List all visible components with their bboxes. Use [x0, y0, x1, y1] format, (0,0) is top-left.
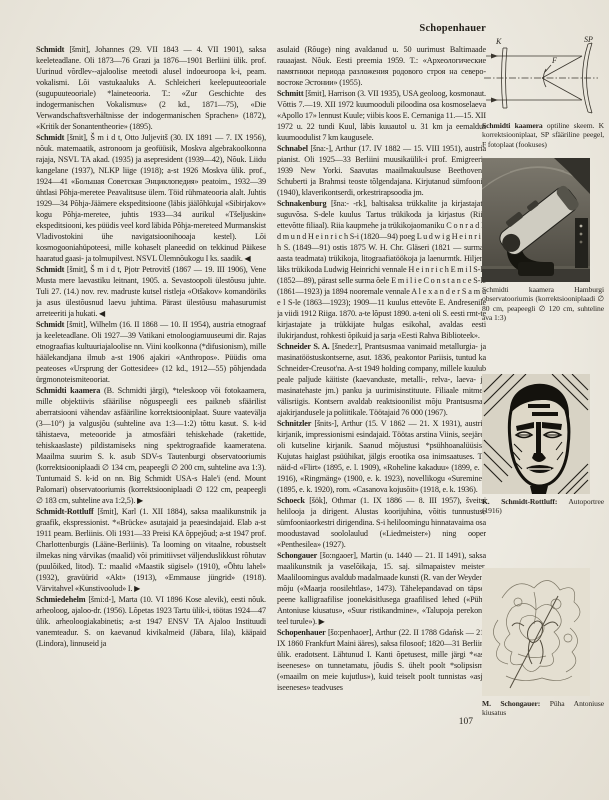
- entry-schneider-sa: Schneider S. A. [šnede:r], Prantsusmaa v…: [277, 341, 486, 418]
- headword: Schnitzler: [277, 419, 311, 428]
- woodcut-selfportrait: [482, 374, 590, 494]
- headword: Schmidt: [36, 133, 64, 142]
- entry-text: [šmit], Š m i d t, Pjotr Petrovitš (1867…: [36, 265, 266, 318]
- entry-schmiedehelm: Schmiedehelm [šmi:d-], Marta (10. VI 189…: [36, 594, 266, 649]
- entry-schmidti-kaamera: Schmidti kaamera (B. Schmidti järgi), *t…: [36, 385, 266, 506]
- figure-caption: Schmidti kaamera Hamburgi observatoorium…: [482, 285, 604, 323]
- page-number: 107: [277, 717, 473, 727]
- entry-schnakenburg: Schnakenburg [šna:- -rk], baltisaksa trü…: [277, 198, 486, 341]
- entry-schmidt-pjotr: Schmidt [šmit], Š m i d t, Pjotr Petrovi…: [36, 264, 266, 319]
- diagram-label-f: F: [551, 56, 557, 65]
- entry-schopenhauer: Schopenhauer [šo:penhaoer], Arthur (22. …: [277, 627, 486, 693]
- headword: Schnabel: [277, 144, 308, 153]
- entry-text: [šnede:r], Prantsusmaa vanimaid metallur…: [277, 342, 486, 417]
- headword: Schmidt: [36, 45, 64, 54]
- entry-text: [šo:ngaoer], Martin (u. 1440 — 21. II 14…: [277, 551, 486, 626]
- entry-schmidt-otto: Schmidt [šmit], Š m i d t, Otto Juljevit…: [36, 132, 266, 264]
- headword: Schongauer: [277, 551, 317, 560]
- headword: Schnakenburg: [277, 199, 327, 208]
- entry-text: [šök], Othmar (1. IX 1886 — 8. III 1957)…: [277, 496, 486, 549]
- entry-schmiedehelm-continued: asulaid (Rõuge) ning avaldanud u. 50 uur…: [277, 44, 486, 88]
- figure-schmidt-rottluff-selfportrait: K. Schmidt-Rottluff: Autoportree (1916): [482, 374, 604, 516]
- entry-text: [šna:- -rk], baltisaksa trükkalite ja ki…: [277, 199, 486, 340]
- headword: Schopenhauer: [277, 628, 326, 637]
- entry-schnitzler: Schnitzler [šnits-], Arthur (15. V 1862 …: [277, 418, 486, 495]
- figure-schmidt-camera-diagram: K SP F Schmidti kaamera optiline skeem. …: [482, 34, 604, 149]
- engraving-temptation: [482, 568, 590, 696]
- entry-text: [šmit], Johannes (29. VII 1843 — 4. VII …: [36, 45, 266, 131]
- headword: Schoeck: [277, 496, 305, 505]
- text-column-left: Schmidt [šmit], Johannes (29. VII 1843 —…: [36, 44, 266, 758]
- headword: Schmidti kaamera: [36, 386, 100, 395]
- figure-caption: K. Schmidt-Rottluff: Autoportree (1916): [482, 497, 604, 516]
- entry-schnabel: Schnabel [šna:-], Arthur (17. IV 1882 — …: [277, 143, 486, 198]
- figure-schmidt-camera-photo: Schmidti kaamera Hamburgi observatoorium…: [482, 158, 604, 323]
- encyclopedia-page: Schopenhauer Schmidt [šmit], Johannes (2…: [0, 0, 609, 800]
- headword: Schneider S. A.: [277, 342, 330, 351]
- entry-schongauer: Schongauer [šo:ngaoer], Martin (u. 1440 …: [277, 550, 486, 627]
- entry-text: [šnits-], Arthur (15. V 1862 — 21. X 193…: [277, 419, 486, 494]
- entry-schmidt-rottluff: Schmidt-Rottluff [šmit], Karl (1. XII 18…: [36, 506, 266, 594]
- entry-text: [šmit], Karl (1. XII 1884), saksa maalik…: [36, 507, 266, 593]
- headword: Schmitt: [277, 89, 303, 98]
- headword: Schmiedehelm: [36, 595, 86, 604]
- figure-schongauer-engraving: M. Schongauer: Püha Antoniuse kiusatus: [482, 568, 604, 718]
- entry-schoeck: Schoeck [šök], Othmar (1. IX 1886 — 8. I…: [277, 495, 486, 550]
- entry-schmidt-wilhelm: Schmidt [šmit], Wilhelm (16. II 1868 — 1…: [36, 319, 266, 385]
- entry-schmidt-johannes: Schmidt [šmit], Johannes (29. VII 1843 —…: [36, 44, 266, 132]
- entry-text: [šmit], Harrison (3. VII 1935), USA geol…: [277, 89, 486, 142]
- headword: Schmidt: [36, 320, 64, 329]
- figure-caption: M. Schongauer: Püha Antoniuse kiusatus: [482, 699, 604, 718]
- entry-text: [šna:-], Arthur (17. IV 1882 — 15. VIII …: [277, 144, 486, 197]
- entry-schmitt: Schmitt [šmit], Harrison (3. VII 1935), …: [277, 88, 486, 143]
- headword: Schmidt: [36, 265, 64, 274]
- telescope-photo: [482, 158, 590, 282]
- entry-text: asulaid (Rõuge) ning avaldanud u. 50 uur…: [277, 45, 486, 87]
- headword: Schmidt-Rottluff: [36, 507, 94, 516]
- figure-caption: Schmidti kaamera optiline skeem. K korre…: [482, 121, 604, 149]
- entry-text: (B. Schmidti järgi), *teleskoop või foto…: [36, 386, 266, 505]
- running-head: Schopenhauer: [277, 23, 486, 34]
- text-column-right: asulaid (Rõuge) ning avaldanud u. 50 uur…: [277, 44, 486, 716]
- entry-text: [šo:penhaoer], Arthur (22. II 1788 Gdańs…: [277, 628, 486, 692]
- entry-text: [šmit], Š m i d t, Otto Juljevitš (30. I…: [36, 133, 266, 263]
- entry-text: [šmit], Wilhelm (16. II 1868 — 10. II 19…: [36, 320, 266, 384]
- schmidt-camera-diagram-image: K SP F: [482, 34, 602, 118]
- diagram-label-sp: SP: [584, 35, 593, 44]
- diagram-label-k: K: [495, 37, 502, 46]
